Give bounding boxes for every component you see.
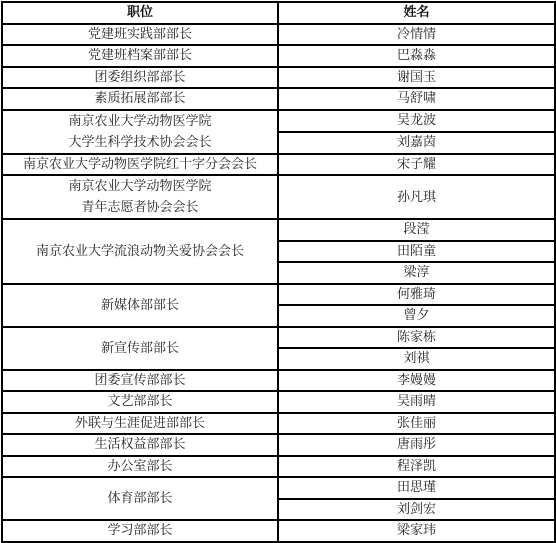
table-row: 生活权益部部长 唐雨彤 <box>2 434 555 456</box>
table-row: 南京农业大学动物医学院 青年志愿者协会会长 孙凡琪 <box>2 175 555 219</box>
name-cell: 巴淼淼 <box>278 45 555 67</box>
name-cell: 田陌童 <box>278 241 555 263</box>
header-position: 职位 <box>2 2 278 24</box>
name-cell: 程泽凯 <box>278 456 555 478</box>
table-row: 南京农业大学流浪动物关爱协会会长 段滢 <box>2 219 555 241</box>
table-row: 办公室部长 程泽凯 <box>2 456 555 478</box>
position-cell: 学习部部长 <box>2 520 278 540</box>
name-cell: 孙凡琪 <box>278 175 555 219</box>
name-cell: 何雅琦 <box>278 284 555 306</box>
position-line: 大学生科学技术协会会长 <box>3 132 277 153</box>
table-row: 团委宣传部部长 李嫚嫚 <box>2 370 555 392</box>
position-cell: 新宣传部部长 <box>2 327 278 370</box>
position-cell: 南京农业大学动物医学院红十字分会会长 <box>2 154 278 176</box>
table-body: 党建班实践部部长 冷情情 党建班档案部部长 巴淼淼 团委组织部部长 谢国玉 素质… <box>2 24 555 541</box>
table-row: 党建班实践部部长 冷情情 <box>2 24 555 46</box>
name-cell: 吴雨晴 <box>278 391 555 413</box>
name-cell: 梁淳 <box>278 262 555 284</box>
table-row: 团委组织部部长 谢国玉 <box>2 67 555 89</box>
name-cell: 谢国玉 <box>278 67 555 89</box>
header-row: 职位 姓名 <box>2 2 555 24</box>
table-row: 南京农业大学动物医学院 大学生科学技术协会会长 吴龙波 <box>2 110 555 132</box>
name-cell: 张佳丽 <box>278 413 555 435</box>
name-cell: 马舒啸 <box>278 88 555 110</box>
position-cell: 外联与生涯促进部部长 <box>2 413 278 435</box>
position-cell: 文艺部部长 <box>2 391 278 413</box>
table-row: 新媒体部部长 何雅琦 <box>2 284 555 306</box>
roster-table: 职位 姓名 党建班实践部部长 冷情情 党建班档案部部长 巴淼淼 团委组织部部长 … <box>1 1 556 540</box>
table-row: 学习部部长 梁家玮 <box>2 520 555 540</box>
name-cell: 陈家栋 <box>278 327 555 349</box>
table-row: 素质拓展部部长 马舒啸 <box>2 88 555 110</box>
position-cell: 新媒体部部长 <box>2 284 278 327</box>
position-line: 南京农业大学动物医学院 <box>3 111 277 132</box>
position-line: 青年志愿者协会会长 <box>3 197 277 218</box>
position-cell: 党建班实践部部长 <box>2 24 278 46</box>
position-cell: 南京农业大学动物医学院 青年志愿者协会会长 <box>2 175 278 219</box>
position-cell: 团委宣传部部长 <box>2 370 278 392</box>
table-row: 外联与生涯促进部部长 张佳丽 <box>2 413 555 435</box>
table-row: 新宣传部部长 陈家栋 <box>2 327 555 349</box>
name-cell: 刘祺 <box>278 348 555 370</box>
table-row: 体育部部长 田思瑾 <box>2 477 555 499</box>
name-cell: 李嫚嫚 <box>278 370 555 392</box>
position-cell: 南京农业大学动物医学院 大学生科学技术协会会长 <box>2 110 278 154</box>
table-row: 党建班档案部部长 巴淼淼 <box>2 45 555 67</box>
name-cell: 刘剑宏 <box>278 499 555 521</box>
name-cell: 梁家玮 <box>278 520 555 540</box>
table-row: 南京农业大学动物医学院红十字分会会长 宋子耀 <box>2 154 555 176</box>
position-cell: 党建班档案部部长 <box>2 45 278 67</box>
position-cell: 生活权益部部长 <box>2 434 278 456</box>
position-cell: 南京农业大学流浪动物关爱协会会长 <box>2 219 278 284</box>
position-cell: 体育部部长 <box>2 477 278 520</box>
name-cell: 宋子耀 <box>278 154 555 176</box>
position-cell: 素质拓展部部长 <box>2 88 278 110</box>
name-cell: 刘嘉茵 <box>278 132 555 154</box>
name-cell: 段滢 <box>278 219 555 241</box>
position-cell: 办公室部长 <box>2 456 278 478</box>
header-name: 姓名 <box>278 2 555 24</box>
position-cell: 团委组织部部长 <box>2 67 278 89</box>
table-row: 文艺部部长 吴雨晴 <box>2 391 555 413</box>
position-line: 南京农业大学动物医学院 <box>3 176 277 197</box>
name-cell: 曾夕 <box>278 305 555 327</box>
name-cell: 唐雨彤 <box>278 434 555 456</box>
name-cell: 冷情情 <box>278 24 555 46</box>
name-cell: 吴龙波 <box>278 110 555 132</box>
name-cell: 田思瑾 <box>278 477 555 499</box>
